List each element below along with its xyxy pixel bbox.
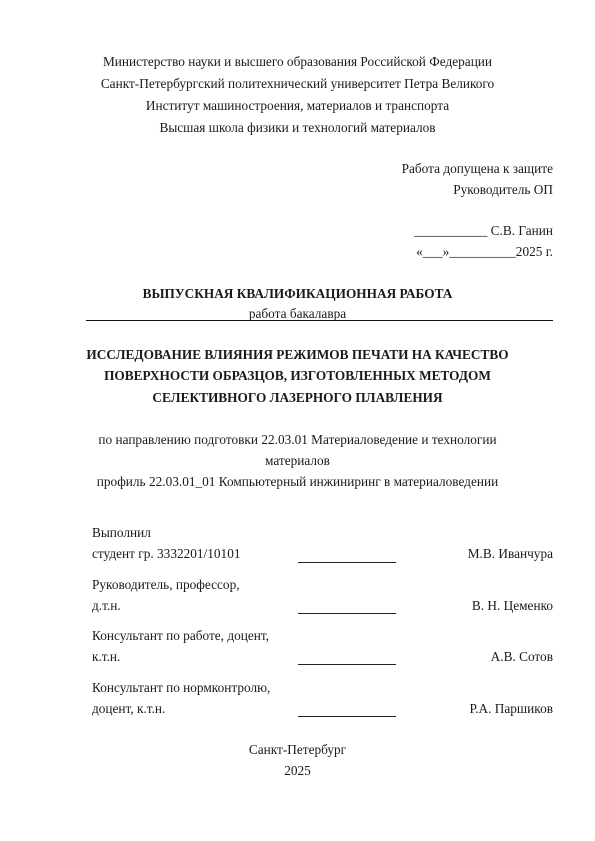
approval-date: «___»__________2025 г. <box>416 244 553 260</box>
signer-role-detail: к.т.н. <box>92 649 120 665</box>
signer-name: В. Н. Цеменко <box>472 598 553 614</box>
approval-signature: ___________ С.В. Ганин <box>414 223 553 239</box>
signer-name: М.В. Иванчура <box>468 546 553 562</box>
title-line-1: ИССЛЕДОВАНИЕ ВЛИЯНИЯ РЕЖИМОВ ПЕЧАТИ НА К… <box>0 347 595 363</box>
approval-head: Руководитель ОП <box>453 182 553 198</box>
signature-line <box>298 716 396 717</box>
divider-rule <box>86 320 553 321</box>
footer-city: Санкт-Петербург <box>0 742 595 758</box>
header-institute: Институт машиностроения, материалов и тр… <box>0 98 595 114</box>
profile-line: профиль 22.03.01_01 Компьютерный инжинир… <box>0 474 595 490</box>
title-line-2: ПОВЕРХНОСТИ ОБРАЗЦОВ, ИЗГОТОВЛЕННЫХ МЕТО… <box>0 368 595 384</box>
signer-role: Консультант по нормконтролю, <box>92 680 270 696</box>
work-type: ВЫПУСКНАЯ КВАЛИФИКАЦИОННАЯ РАБОТА <box>0 286 595 302</box>
signer-name: Р.А. Паршиков <box>469 701 553 717</box>
signer-role-detail: д.т.н. <box>92 598 121 614</box>
approval-admitted: Работа допущена к защите <box>402 161 553 177</box>
header-university: Санкт-Петербургский политехнический унив… <box>0 76 595 92</box>
signature-line <box>298 613 396 614</box>
signer-role: Выполнил <box>92 525 151 541</box>
signer-role-detail: студент гр. 3332201/10101 <box>92 546 241 562</box>
title-line-3: СЕЛЕКТИВНОГО ЛАЗЕРНОГО ПЛАВЛЕНИЯ <box>0 390 595 406</box>
direction-line-2: материалов <box>0 453 595 469</box>
signer-role: Консультант по работе, доцент, <box>92 628 269 644</box>
footer-year: 2025 <box>0 763 595 779</box>
direction-line-1: по направлению подготовки 22.03.01 Матер… <box>0 432 595 448</box>
header-ministry: Министерство науки и высшего образования… <box>0 54 595 70</box>
header-school: Высшая школа физики и технологий материа… <box>0 120 595 136</box>
signature-line <box>298 664 396 665</box>
signature-line <box>298 562 396 563</box>
signer-role: Руководитель, профессор, <box>92 577 240 593</box>
signer-role-detail: доцент, к.т.н. <box>92 701 165 717</box>
signer-name: А.В. Сотов <box>491 649 553 665</box>
